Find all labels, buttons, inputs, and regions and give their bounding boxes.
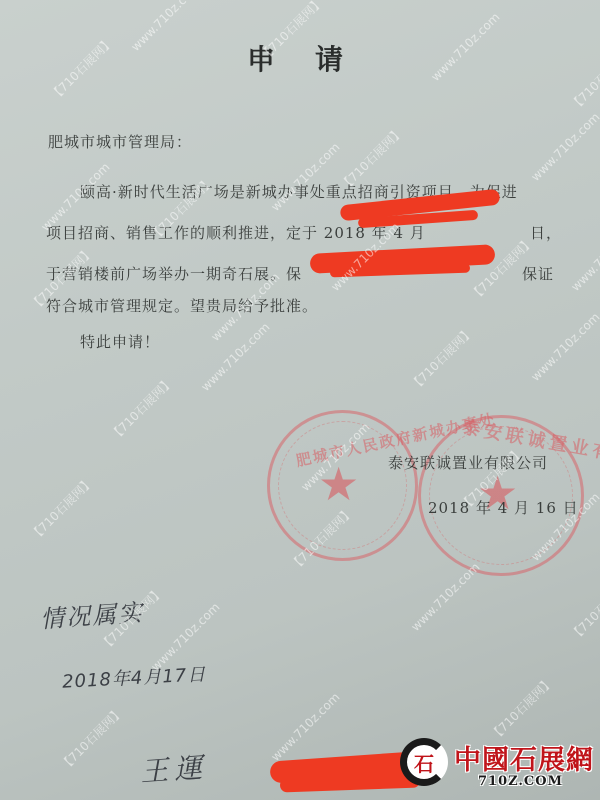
watermark-text: www.710z.com xyxy=(268,690,342,764)
watermark-text: www.710z.com xyxy=(528,110,600,184)
site-logo: 石 中國石展網 710Z.COM xyxy=(394,734,594,796)
watermark-text: 【710石展网】 xyxy=(406,323,477,394)
handwritten-signature: 王運 xyxy=(139,746,210,791)
document-date: 2018 年 4 月 16 日 xyxy=(428,497,579,518)
watermark-text: www.710z.com xyxy=(568,220,600,294)
body-line-3-text: 于营销楼前广场举办一期奇石展。保 xyxy=(46,265,302,283)
scanned-document: 申请 肥城市城市管理局： 颐高·新时代生活广场是新城办事处重点招商引资项目，为促… xyxy=(0,0,600,800)
watermark-text: 【710石展网】 xyxy=(26,473,97,544)
logo-domain: 710Z.COM xyxy=(478,774,563,789)
watermark-text: 【710石展网】 xyxy=(566,573,600,644)
body-line-2-tail: 日， xyxy=(530,222,562,243)
document-title: 申请 xyxy=(0,38,600,78)
logo-glyph: 石 xyxy=(414,748,434,777)
watermark-text: www.710z.com xyxy=(528,310,600,384)
body-line-3: 于营销楼前广场举办一期奇石展。保 保证 xyxy=(46,263,302,284)
star-icon: ★ xyxy=(318,461,359,507)
watermark-text: www.710z.com xyxy=(268,140,342,214)
addressee: 肥城市城市管理局： xyxy=(48,131,192,152)
official-seal-left: 肥城市人民政府新城办事处 ★ xyxy=(267,410,418,561)
logo-name: 中國石展網 xyxy=(454,738,594,777)
body-line-3-tail: 保证 xyxy=(522,263,554,284)
watermark-text: www.710z.com xyxy=(198,320,272,394)
handwritten-note: 情况属实 xyxy=(39,592,145,634)
sender-company: 泰安联诚置业有限公司 xyxy=(388,452,548,473)
closing-text: 特此申请！ xyxy=(80,331,160,352)
body-line-4: 符合城市管理规定。望贵局给予批准。 xyxy=(46,295,318,316)
watermark-text: 【710石展网】 xyxy=(106,373,177,444)
company-seal-right: 泰安联诚置业有限公司 ★ xyxy=(418,415,584,576)
handwritten-date: 2018年4月17日 xyxy=(61,660,206,694)
watermark-text: 【710石展网】 xyxy=(56,703,127,774)
